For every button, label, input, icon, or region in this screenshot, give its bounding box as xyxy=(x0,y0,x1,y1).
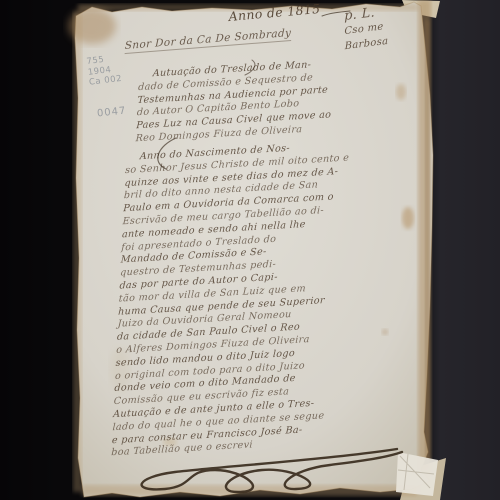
docket-paragraph: Autuação do Treslado de Man-dado de Comi… xyxy=(135,56,363,146)
document-year-heading: Anno de 1815 xyxy=(228,0,359,24)
corner-annotation: p. L. Cso me Barbosa xyxy=(344,0,434,54)
archival-pencil-number: 0047 xyxy=(97,105,127,119)
crumpled-corner xyxy=(396,452,438,496)
body-paragraph: Anno do Nascimento de Nos-so Senhor Jesu… xyxy=(111,138,374,460)
archival-pencil-notes: 755 1904 Ca 002 xyxy=(86,53,123,88)
greeting-line: Snor Dor da Ca De Sombrady xyxy=(125,27,292,52)
greeting-text: Snor Dor da Ca De Sombrady xyxy=(125,27,292,54)
photo-background: Anno de 1815 p. L. Cso me Barbosa 755 19… xyxy=(0,0,500,500)
paper-stack-edge-bottom xyxy=(400,458,446,500)
